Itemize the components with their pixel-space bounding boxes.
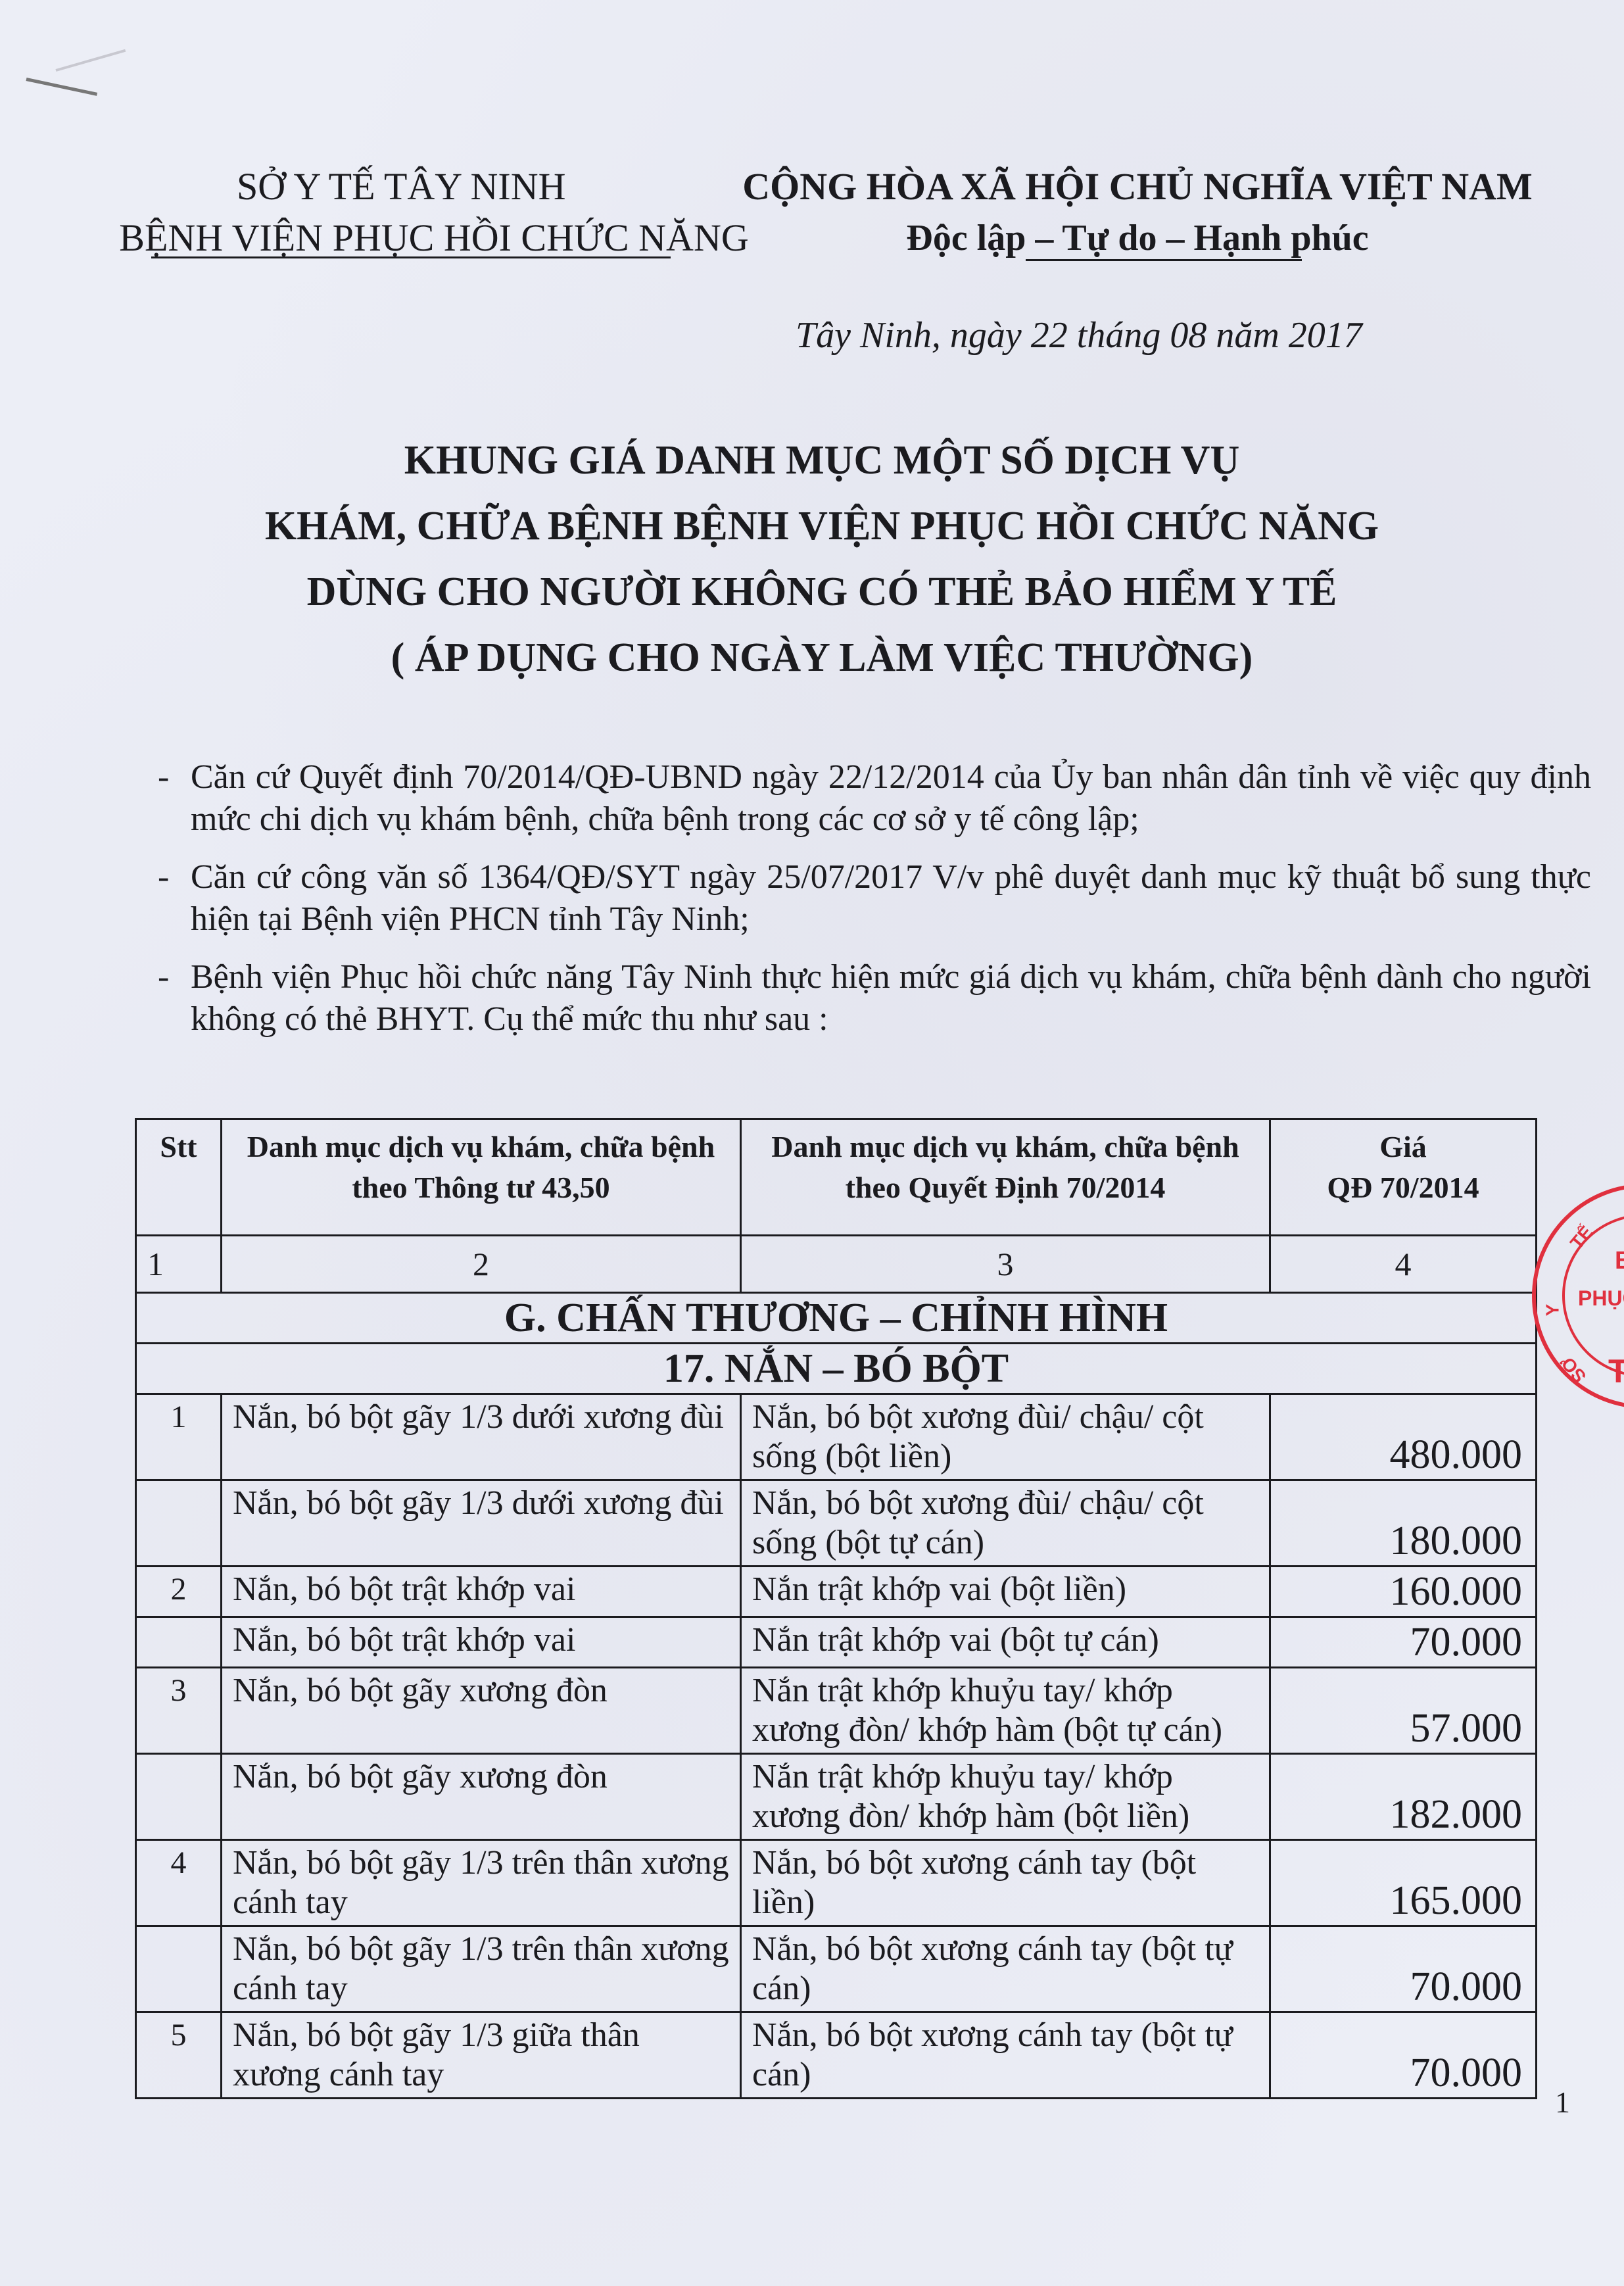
row-price: 70.000 <box>1270 1617 1537 1668</box>
stamp-center-text: BỆ <box>1615 1247 1624 1275</box>
bullet-dash: - <box>158 956 169 998</box>
title-line: KHUNG GIÁ DANH MỤC MỘT SỐ DỊCH VỤ <box>131 427 1512 493</box>
bullet-text: Căn cứ Quyết định 70/2014/QĐ-UBND ngày 2… <box>191 758 1591 838</box>
column-number: 4 <box>1270 1236 1537 1293</box>
row-service-43-50: Nắn, bó bột gãy 1/3 trên thân xương cánh… <box>222 1840 741 1926</box>
table-header-row: Stt Danh mục dịch vụ khám, chữa bệnh the… <box>136 1119 1537 1236</box>
bullet-text: Căn cứ công văn số 1364/QĐ/SYT ngày 25/0… <box>191 858 1591 938</box>
row-price: 70.000 <box>1270 2012 1537 2099</box>
national-heading: CỘNG HÒA XÃ HỘI CHỦ NGHĨA VIỆT NAM Độc l… <box>684 161 1591 264</box>
row-stt <box>136 1926 222 2012</box>
row-stt <box>136 1754 222 1840</box>
header-price-line1: Giá <box>1379 1130 1427 1163</box>
header-price-line2: QĐ 70/2014 <box>1327 1171 1479 1204</box>
legal-basis-list: - Căn cứ Quyết định 70/2014/QĐ-UBND ngày… <box>158 756 1591 1056</box>
table-row: 1Nắn, bó bột gãy 1/3 dưới xương đùiNắn, … <box>136 1394 1537 1480</box>
table-row: Nắn, bó bột gãy xương đònNắn trật khớp k… <box>136 1754 1537 1840</box>
row-stt: 2 <box>136 1567 222 1617</box>
row-price: 180.000 <box>1270 1480 1537 1567</box>
motto-underline <box>1026 259 1302 261</box>
price-table: Stt Danh mục dịch vụ khám, chữa bệnh the… <box>135 1118 1537 2099</box>
row-service-70-2014: Nắn, bó bột xương cánh tay (bột liền) <box>741 1840 1270 1926</box>
row-service-70-2014: Nắn trật khớp vai (bột tự cán) <box>741 1617 1270 1668</box>
row-service-70-2014: Nắn trật khớp khuỷu tay/ khớp xương đòn/… <box>741 1754 1270 1840</box>
title-line: ( ÁP DỤNG CHO NGÀY LÀM VIỆC THƯỜNG) <box>131 625 1512 691</box>
row-service-70-2014: Nắn, bó bột xương cánh tay (bột tự cán) <box>741 2012 1270 2099</box>
table-row: Nắn, bó bột trật khớp vaiNắn trật khớp v… <box>136 1617 1537 1668</box>
issuer-underline <box>151 256 671 258</box>
row-service-43-50: Nắn, bó bột gãy xương đòn <box>222 1754 741 1840</box>
subsection-title: 17. NẮN – BÓ BỘT <box>136 1344 1537 1394</box>
legal-basis-item: - Căn cứ công văn số 1364/QĐ/SYT ngày 25… <box>158 856 1591 940</box>
table-row: 5Nắn, bó bột gãy 1/3 giữa thân xương cán… <box>136 2012 1537 2099</box>
row-price: 165.000 <box>1270 1840 1537 1926</box>
title-line: DÙNG CHO NGƯỜI KHÔNG CÓ THẺ BẢO HIỂM Y T… <box>131 559 1512 625</box>
row-price: 182.000 <box>1270 1754 1537 1840</box>
row-service-43-50: Nắn, bó bột gãy 1/3 dưới xương đùi <box>222 1480 741 1567</box>
stamp-center-text: TÂ <box>1608 1352 1624 1390</box>
legal-basis-item: - Căn cứ Quyết định 70/2014/QĐ-UBND ngày… <box>158 756 1591 840</box>
column-number: 3 <box>741 1236 1270 1293</box>
section-row: G. CHẤN THƯƠNG – CHỈNH HÌNH <box>136 1293 1537 1344</box>
row-stt: 5 <box>136 2012 222 2099</box>
national-motto: Độc lập – Tự do – Hạnh phúc <box>684 212 1591 264</box>
row-stt <box>136 1480 222 1567</box>
table-row: Nắn, bó bột gãy 1/3 dưới xương đùiNắn, b… <box>136 1480 1537 1567</box>
table-row: 3Nắn, bó bột gãy xương đònNắn trật khớp … <box>136 1668 1537 1754</box>
row-price: 480.000 <box>1270 1394 1537 1480</box>
bullet-dash: - <box>158 856 169 898</box>
row-service-43-50: Nắn, bó bột gãy 1/3 dưới xương đùi <box>222 1394 741 1480</box>
row-service-70-2014: Nắn trật khớp khuỷu tay/ khớp xương đòn/… <box>741 1668 1270 1754</box>
row-service-43-50: Nắn, bó bột gãy 1/3 giữa thân xương cánh… <box>222 2012 741 2099</box>
page-number: 1 <box>1555 2085 1570 2120</box>
legal-basis-item: - Bệnh viện Phục hồi chức năng Tây Ninh … <box>158 956 1591 1040</box>
row-stt <box>136 1617 222 1668</box>
header-stt: Stt <box>136 1119 222 1236</box>
document-page: SỞ Y TẾ TÂY NINH BỆNH VIỆN PHỤC HỒI CHỨC… <box>0 0 1624 2286</box>
row-service-43-50: Nắn, bó bột trật khớp vai <box>222 1567 741 1617</box>
staple-mark-icon <box>26 72 99 99</box>
row-service-43-50: Nắn, bó bột gãy 1/3 trên thân xương cánh… <box>222 1926 741 2012</box>
row-price: 70.000 <box>1270 1926 1537 2012</box>
bullet-dash: - <box>158 756 169 798</box>
table-row: 4Nắn, bó bột gãy 1/3 trên thân xương cán… <box>136 1840 1537 1926</box>
row-service-70-2014: Nắn, bó bột xương cánh tay (bột tự cán) <box>741 1926 1270 2012</box>
row-stt: 1 <box>136 1394 222 1480</box>
stamp-ring-text: SỞ <box>1556 1351 1590 1386</box>
row-price: 160.000 <box>1270 1567 1537 1617</box>
bullet-text: Bệnh viện Phục hồi chức năng Tây Ninh th… <box>191 958 1591 1038</box>
table-row: 2Nắn, bó bột trật khớp vaiNắn trật khớp … <box>136 1567 1537 1617</box>
row-service-43-50: Nắn, bó bột gãy xương đòn <box>222 1668 741 1754</box>
header-service-43-50: Danh mục dịch vụ khám, chữa bệnh theo Th… <box>222 1119 741 1236</box>
row-price: 57.000 <box>1270 1668 1537 1754</box>
column-number: 2 <box>222 1236 741 1293</box>
official-stamp: TẾ Y SỞ BỆ PHỤC H TÂ <box>1532 1184 1624 1409</box>
subsection-row: 17. NẮN – BÓ BỘT <box>136 1344 1537 1394</box>
stamp-center-text: PHỤC H <box>1578 1286 1624 1311</box>
column-number: 1 <box>136 1236 222 1293</box>
row-service-70-2014: Nắn, bó bột xương đùi/ chậu/ cột sống (b… <box>741 1394 1270 1480</box>
header-price: Giá QĐ 70/2014 <box>1270 1119 1537 1236</box>
row-service-70-2014: Nắn, bó bột xương đùi/ chậu/ cột sống (b… <box>741 1480 1270 1567</box>
table-row: Nắn, bó bột gãy 1/3 trên thân xương cánh… <box>136 1926 1537 2012</box>
title-line: KHÁM, CHỮA BỆNH BỆNH VIỆN PHỤC HỒI CHỨC … <box>131 493 1512 559</box>
row-stt: 4 <box>136 1840 222 1926</box>
date-line: Tây Ninh, ngày 22 tháng 08 năm 2017 <box>796 314 1519 356</box>
header-service-70-2014: Danh mục dịch vụ khám, chữa bệnh theo Qu… <box>741 1119 1270 1236</box>
document-title: KHUNG GIÁ DANH MỤC MỘT SỐ DỊCH VỤ KHÁM, … <box>131 427 1512 691</box>
row-stt: 3 <box>136 1668 222 1754</box>
section-title: G. CHẤN THƯƠNG – CHỈNH HÌNH <box>136 1293 1537 1344</box>
row-service-70-2014: Nắn trật khớp vai (bột liền) <box>741 1567 1270 1617</box>
column-number-row: 1 2 3 4 <box>136 1236 1537 1293</box>
row-service-43-50: Nắn, bó bột trật khớp vai <box>222 1617 741 1668</box>
stamp-ring-text: Y <box>1542 1304 1563 1317</box>
country-name: CỘNG HÒA XÃ HỘI CHỦ NGHĨA VIỆT NAM <box>742 165 1533 208</box>
